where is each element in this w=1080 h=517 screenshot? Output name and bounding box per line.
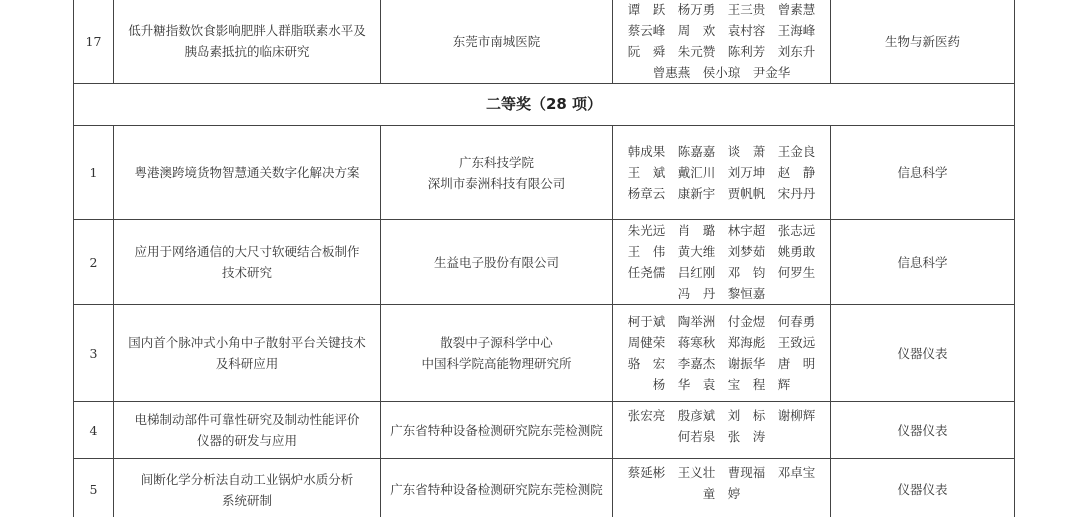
field: 仪器仪表 bbox=[831, 459, 1015, 517]
people-line: 周健荣 蒋寒秋 郑海彪 王致远 bbox=[617, 332, 826, 353]
contributors: 张宏亮 殷彦斌 刘 标 谢柳辉 何若泉 张 涛 bbox=[613, 402, 831, 459]
organization: 东莞市南城医院 bbox=[381, 0, 613, 84]
title-line: 间断化学分析法自动工业锅炉水质分析 bbox=[118, 469, 376, 490]
title-line: 胰岛素抵抗的临床研究 bbox=[118, 41, 376, 62]
title-line: 电梯制动部件可靠性研究及制动性能评价 bbox=[118, 409, 376, 430]
project-title: 间断化学分析法自动工业锅炉水质分析 系统研制 bbox=[114, 459, 381, 517]
organization: 生益电子股份有限公司 bbox=[381, 220, 613, 305]
organization: 广东省特种设备检测研究院东莞检测院 bbox=[381, 402, 613, 459]
table-row: 3 国内首个脉冲式小角中子散射平台关键技术 及科研应用 散裂中子源科学中心 中国… bbox=[74, 305, 1015, 402]
field: 仪器仪表 bbox=[831, 305, 1015, 402]
project-title: 粤港澳跨境货物智慧通关数字化解决方案 bbox=[114, 126, 381, 220]
contributors: 柯于斌 陶举洲 付金煜 何春勇 周健荣 蒋寒秋 郑海彪 王致远 骆 宏 李嘉杰 … bbox=[613, 305, 831, 402]
row-number: 3 bbox=[74, 305, 114, 402]
people-line: 阮 舜 朱元赞 陈利芳 刘东升 bbox=[617, 41, 826, 62]
people-line: 任尧儒 吕红刚 邓 钧 何罗生 bbox=[617, 262, 826, 283]
people-line: 朱光远 肖 璐 林宇超 张志远 bbox=[617, 220, 826, 241]
org-line: 散裂中子源科学中心 bbox=[385, 332, 608, 353]
field: 信息科学 bbox=[831, 126, 1015, 220]
title-line: 低升糖指数饮食影响肥胖人群脂联素水平及 bbox=[118, 20, 376, 41]
row-number: 5 bbox=[74, 459, 114, 517]
title-line: 系统研制 bbox=[118, 490, 376, 511]
row-number: 4 bbox=[74, 402, 114, 459]
org-line: 广东省特种设备检测研究院东莞检测院 bbox=[385, 420, 608, 441]
section-header-row: 二等奖（28 项） bbox=[74, 84, 1015, 126]
organization: 散裂中子源科学中心 中国科学院高能物理研究所 bbox=[381, 305, 613, 402]
title-line: 技术研究 bbox=[118, 262, 376, 283]
organization: 广东科技学院 深圳市泰洲科技有限公司 bbox=[381, 126, 613, 220]
people-line: 杨 华 袁 宝 程 辉 bbox=[617, 374, 826, 395]
people-line: 何若泉 张 涛 bbox=[617, 426, 826, 447]
table-row: 2 应用于网络通信的大尺寸软硬结合板制作 技术研究 生益电子股份有限公司 朱光远… bbox=[74, 220, 1015, 305]
org-line: 深圳市泰洲科技有限公司 bbox=[385, 173, 608, 194]
table-row: 4 电梯制动部件可靠性研究及制动性能评价 仪器的研发与应用 广东省特种设备检测研… bbox=[74, 402, 1015, 459]
contributors: 蔡延彬 王义壮 曹现福 邓卓宝 童 婷 bbox=[613, 459, 831, 517]
people-line: 张宏亮 殷彦斌 刘 标 谢柳辉 bbox=[617, 405, 826, 426]
people-line: 韩成果 陈嘉嘉 谈 萧 王金良 bbox=[617, 141, 826, 162]
field: 信息科学 bbox=[831, 220, 1015, 305]
org-line: 中国科学院高能物理研究所 bbox=[385, 353, 608, 374]
contributors: 韩成果 陈嘉嘉 谈 萧 王金良 王 斌 戴汇川 刘万坤 赵 静 杨章云 康新宇 … bbox=[613, 126, 831, 220]
section-title: 二等奖（28 项） bbox=[74, 84, 1015, 126]
org-line: 东莞市南城医院 bbox=[385, 31, 608, 52]
people-line: 柯于斌 陶举洲 付金煜 何春勇 bbox=[617, 311, 826, 332]
awards-table: 17 低升糖指数饮食影响肥胖人群脂联素水平及 胰岛素抵抗的临床研究 东莞市南城医… bbox=[73, 0, 1015, 517]
people-line: 曾惠燕 侯小琼 尹金华 bbox=[617, 62, 826, 83]
people-line: 蔡云峰 周 欢 袁村容 王海峰 bbox=[617, 20, 826, 41]
table-row: 17 低升糖指数饮食影响肥胖人群脂联素水平及 胰岛素抵抗的临床研究 东莞市南城医… bbox=[74, 0, 1015, 84]
title-line: 仪器的研发与应用 bbox=[118, 430, 376, 451]
contributors: 谭 跃 杨万勇 王三贵 曾素慧 蔡云峰 周 欢 袁村容 王海峰 阮 舜 朱元赞 … bbox=[613, 0, 831, 84]
organization: 广东省特种设备检测研究院东莞检测院 bbox=[381, 459, 613, 517]
people-line: 童 婷 bbox=[617, 483, 826, 504]
contributors: 朱光远 肖 璐 林宇超 张志远 王 伟 黄大维 刘梦茹 姚勇敢 任尧儒 吕红刚 … bbox=[613, 220, 831, 305]
row-number: 2 bbox=[74, 220, 114, 305]
people-line: 王 伟 黄大维 刘梦茹 姚勇敢 bbox=[617, 241, 826, 262]
people-line: 蔡延彬 王义壮 曹现福 邓卓宝 bbox=[617, 462, 826, 483]
title-line: 及科研应用 bbox=[118, 353, 376, 374]
table-row: 1 粤港澳跨境货物智慧通关数字化解决方案 广东科技学院 深圳市泰洲科技有限公司 … bbox=[74, 126, 1015, 220]
table-row: 5 间断化学分析法自动工业锅炉水质分析 系统研制 广东省特种设备检测研究院东莞检… bbox=[74, 459, 1015, 517]
org-line: 生益电子股份有限公司 bbox=[385, 252, 608, 273]
title-line: 国内首个脉冲式小角中子散射平台关键技术 bbox=[118, 332, 376, 353]
project-title: 应用于网络通信的大尺寸软硬结合板制作 技术研究 bbox=[114, 220, 381, 305]
field: 生物与新医药 bbox=[831, 0, 1015, 84]
org-line: 广东省特种设备检测研究院东莞检测院 bbox=[385, 479, 608, 500]
title-line: 应用于网络通信的大尺寸软硬结合板制作 bbox=[118, 241, 376, 262]
project-title: 低升糖指数饮食影响肥胖人群脂联素水平及 胰岛素抵抗的临床研究 bbox=[114, 0, 381, 84]
row-number: 1 bbox=[74, 126, 114, 220]
people-line: 王 斌 戴汇川 刘万坤 赵 静 bbox=[617, 162, 826, 183]
people-line: 谭 跃 杨万勇 王三贵 曾素慧 bbox=[617, 0, 826, 20]
people-line: 骆 宏 李嘉杰 谢振华 唐 明 bbox=[617, 353, 826, 374]
project-title: 国内首个脉冲式小角中子散射平台关键技术 及科研应用 bbox=[114, 305, 381, 402]
people-line: 冯 丹 黎恒嘉 bbox=[617, 283, 826, 304]
row-number: 17 bbox=[74, 0, 114, 84]
project-title: 电梯制动部件可靠性研究及制动性能评价 仪器的研发与应用 bbox=[114, 402, 381, 459]
field: 仪器仪表 bbox=[831, 402, 1015, 459]
org-line: 广东科技学院 bbox=[385, 152, 608, 173]
people-line: 杨章云 康新宇 贾帆帆 宋丹丹 bbox=[617, 183, 826, 204]
title-line: 粤港澳跨境货物智慧通关数字化解决方案 bbox=[118, 162, 376, 183]
